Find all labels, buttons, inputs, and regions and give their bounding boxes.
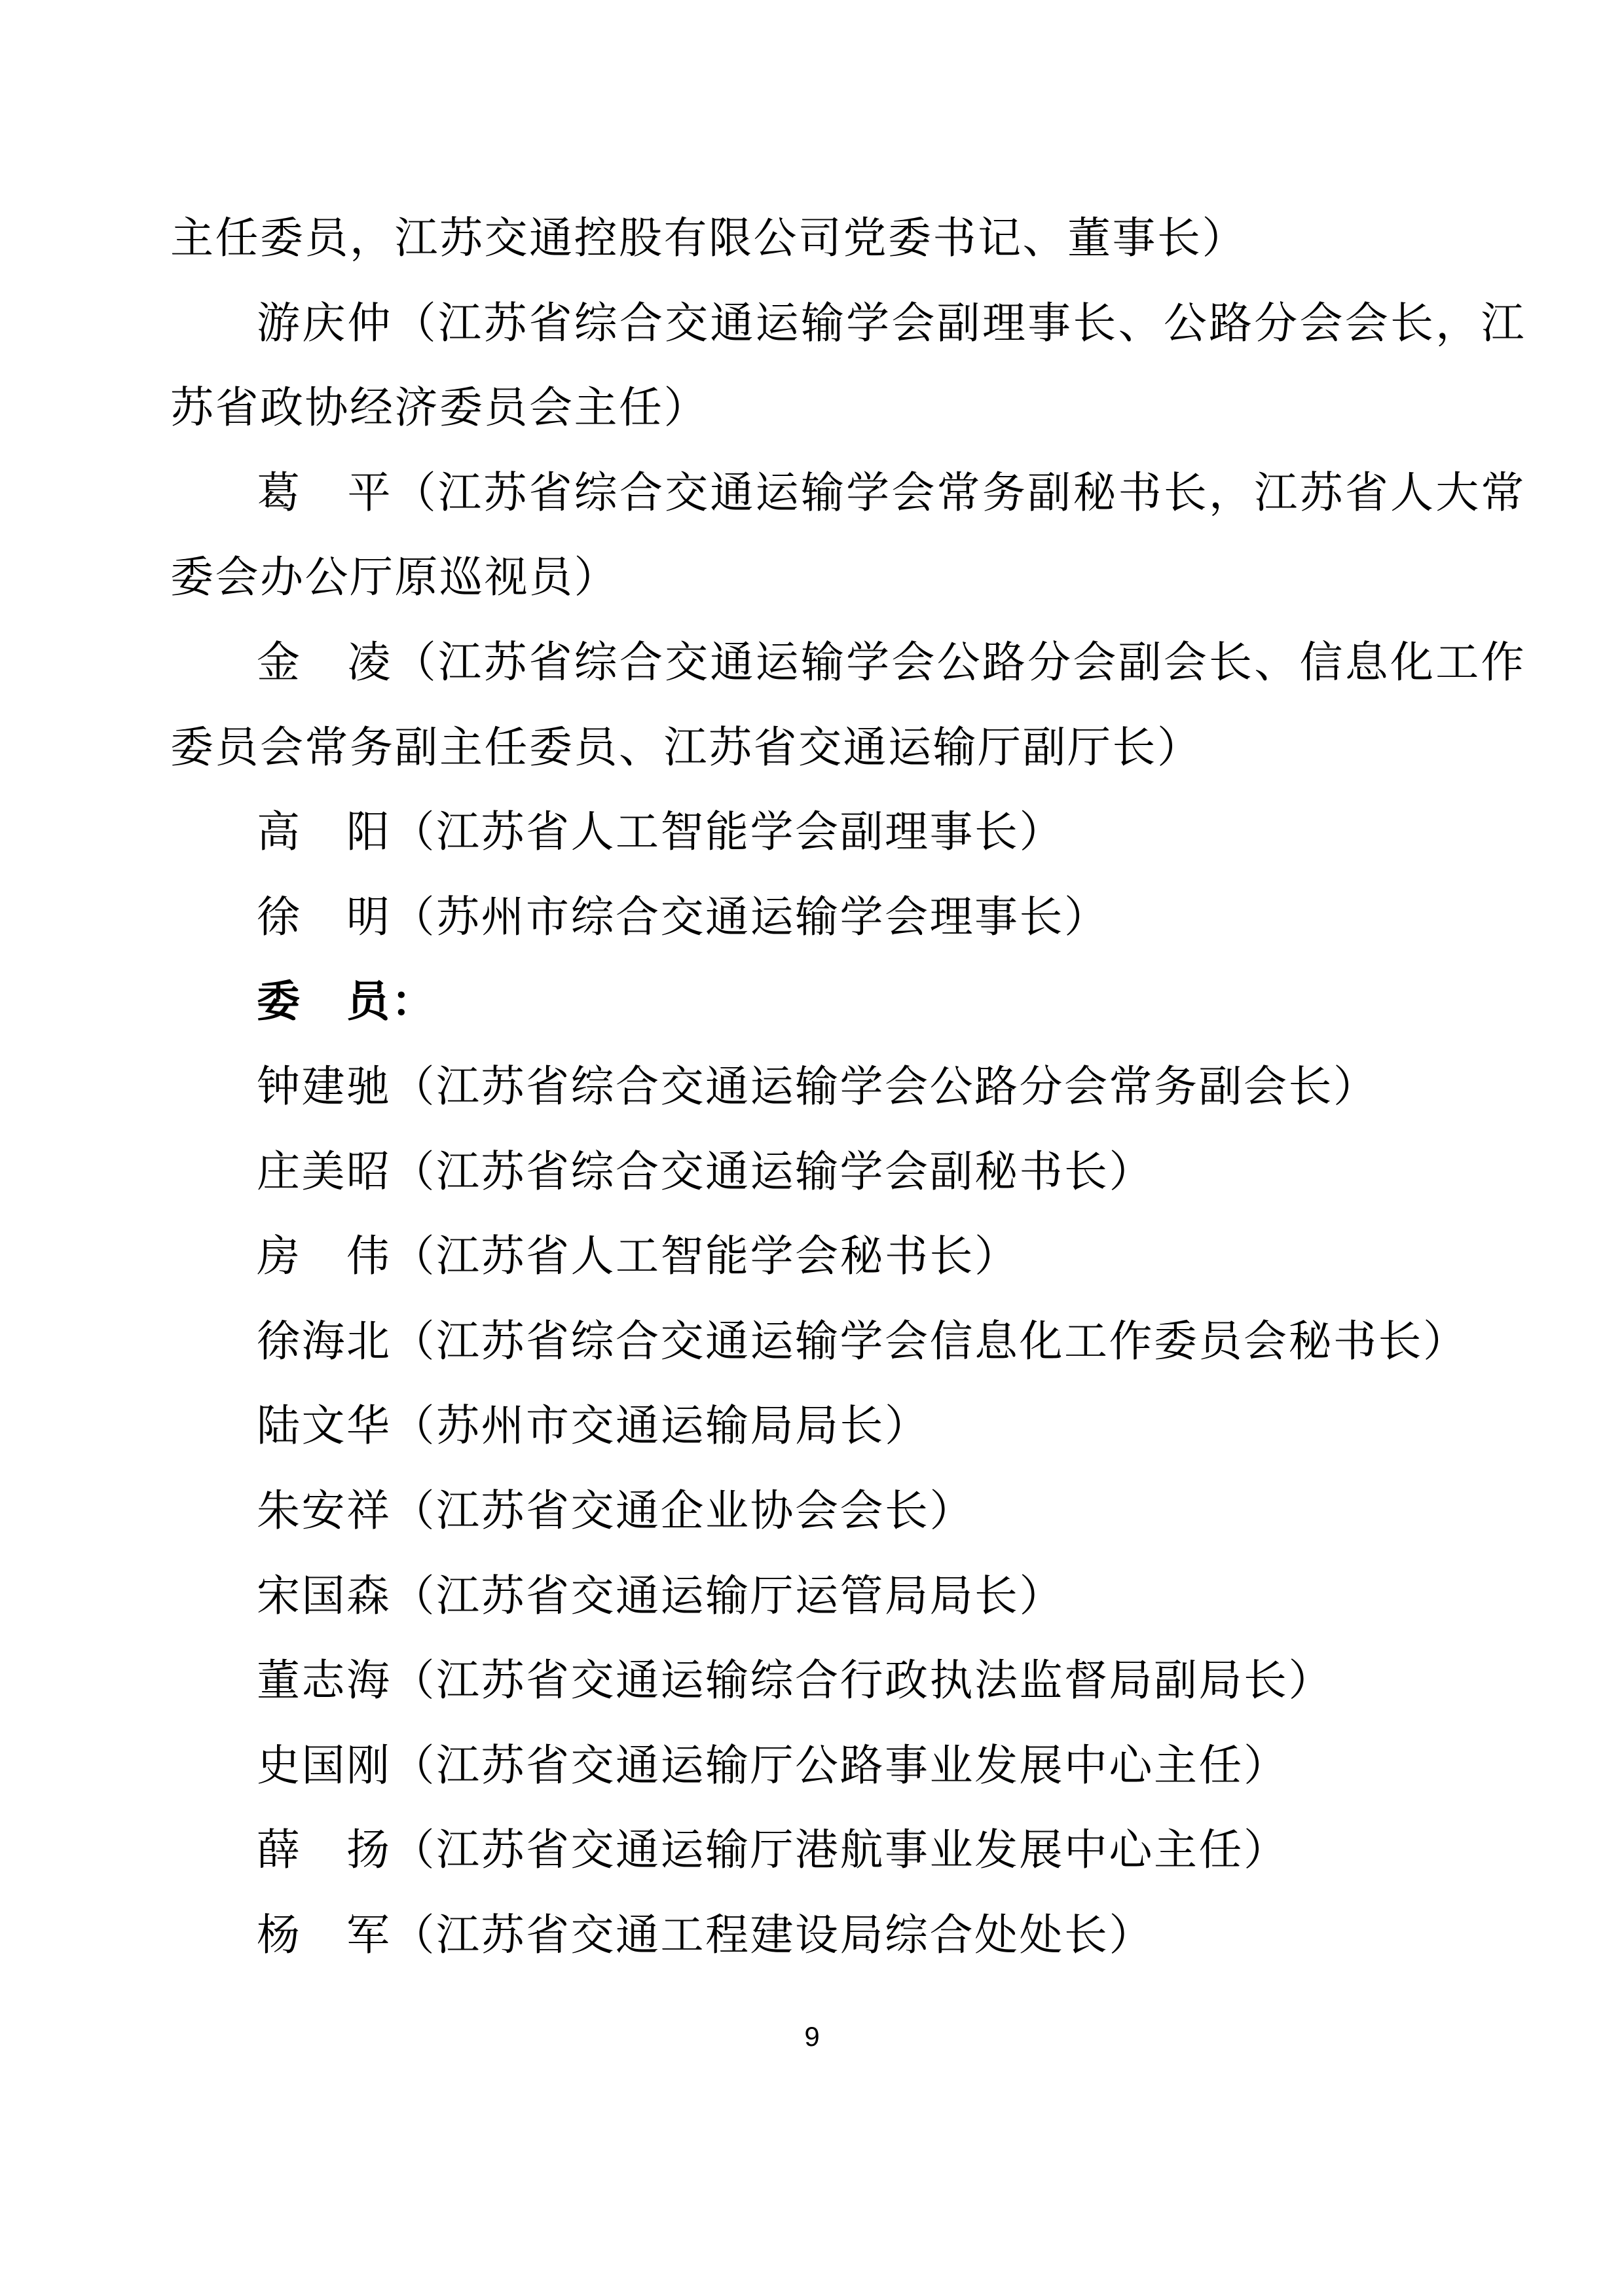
paragraph-member-song-guosen: 宋国森（江苏省交通运输厅运管局局长）	[170, 1554, 1526, 1639]
paragraph-member-shi-guogang: 史国刚（江苏省交通运输厅公路事业发展中心主任）	[170, 1724, 1526, 1809]
paragraph-member-gao-yang: 高 阳（江苏省人工智能学会副理事长）	[170, 790, 1526, 875]
section-heading-members: 委 员：	[170, 960, 1526, 1045]
paragraph-member-jin-ling: 金 凌（江苏省综合交通运输学会公路分会副会长、信息化工作委员会常务副主任委员、江…	[170, 621, 1526, 790]
page-number: 9	[0, 2022, 1624, 2052]
paragraph-continuation: 主任委员，江苏交通控股有限公司党委书记、董事长）	[170, 196, 1526, 282]
paragraph-member-dong-zhihai: 董志海（江苏省交通运输综合行政执法监督局副局长）	[170, 1639, 1526, 1724]
paragraph-member-zhu-anxiang: 朱安祥（江苏省交通企业协会会长）	[170, 1469, 1526, 1554]
paragraph-member-you-qingzhong: 游庆仲（江苏省综合交通运输学会副理事长、公路分会会长，江苏省政协经济委员会主任）	[170, 282, 1526, 451]
paragraph-member-ge-ping: 葛 平（江苏省综合交通运输学会常务副秘书长，江苏省人大常委会办公厅原巡视员）	[170, 451, 1526, 621]
paragraph-member-xue-yang: 薛 扬（江苏省交通运输厅港航事业发展中心主任）	[170, 1808, 1526, 1893]
paragraph-member-yang-jun: 杨 军（江苏省交通工程建设局综合处处长）	[170, 1893, 1526, 1978]
paragraph-member-zhong-jianchi: 钟建驰（江苏省综合交通运输学会公路分会常务副会长）	[170, 1045, 1526, 1130]
paragraph-member-xu-ming: 徐 明（苏州市综合交通运输学会理事长）	[170, 875, 1526, 960]
paragraph-member-xu-haibei: 徐海北（江苏省综合交通运输学会信息化工作委员会秘书长）	[170, 1300, 1526, 1385]
document-body: 主任委员，江苏交通控股有限公司党委书记、董事长） 游庆仲（江苏省综合交通运输学会…	[170, 196, 1526, 1978]
paragraph-member-zhuang-meizhao: 庄美昭（江苏省综合交通运输学会副秘书长）	[170, 1130, 1526, 1215]
paragraph-member-lu-wenhua: 陆文华（苏州市交通运输局局长）	[170, 1384, 1526, 1469]
paragraph-member-fang-wei: 房 伟（江苏省人工智能学会秘书长）	[170, 1214, 1526, 1300]
